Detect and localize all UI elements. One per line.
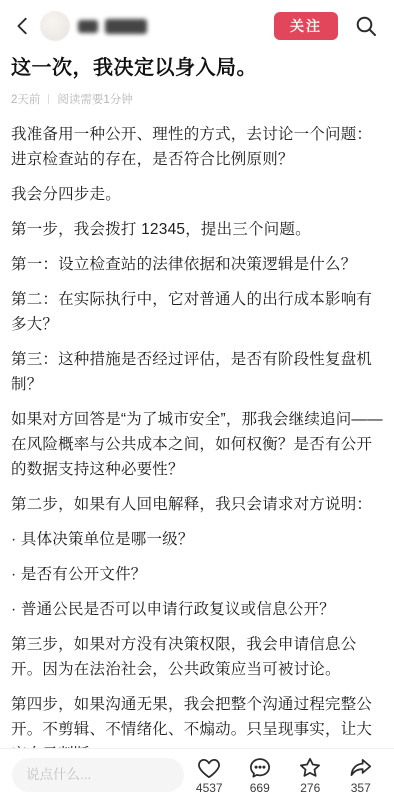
author-name-blurred [78,19,147,34]
like-count: 4537 [196,782,223,795]
collect-button[interactable]: 276 [288,755,332,795]
paragraph: 第三：这种措施是否经过评估，是否有阶段性复盘机制？ [11,347,383,397]
heart-icon [196,755,222,781]
action-bar: 4537 669 276 [184,755,386,795]
meta-divider [48,94,49,104]
paragraph: 第三步，如果对方没有决策权限，我会申请信息公开。因为在法治社会，公共政策应当可被… [11,632,383,682]
paragraph: 第一步，我会拨打 12345，提出三个问题。 [11,217,383,242]
paragraph: 第一：设立检查站的法律依据和决策逻辑是什么？ [11,252,383,277]
paragraph: 第二步，如果有人回电解释，我只会请求对方说明： [11,492,383,517]
share-icon [348,755,374,781]
like-button[interactable]: 4537 [187,755,231,795]
paragraph: 我会分四步走。 [11,182,383,207]
share-button[interactable]: 357 [339,755,383,795]
app-screen: 关注 这一次，我决定以身入局。 2天前 阅读需要1分钟 我准备用一种公开、理性的… [0,0,394,800]
paragraph: 如果对方回答是“为了城市安全”，那我会继续追问——在风险概率与公共成本之间，如何… [11,407,383,482]
star-icon [297,755,323,781]
back-button[interactable] [8,11,38,41]
comment-input[interactable] [12,758,184,792]
post-body: 我准备用一种公开、理性的方式，去讨论一个问题：进京检查站的存在，是否符合比例原则… [11,122,383,767]
follow-button[interactable]: 关注 [274,12,338,40]
read-time: 阅读需要1分钟 [57,91,132,107]
name-smudge [105,19,147,34]
search-icon[interactable] [352,12,380,40]
author-chip[interactable] [40,11,274,41]
collect-count: 276 [300,782,320,795]
comment-icon [247,755,273,781]
paragraph: 我准备用一种公开、理性的方式，去讨论一个问题：进京检查站的存在，是否符合比例原则… [11,122,383,172]
share-count: 357 [351,782,371,795]
top-bar: 关注 [0,0,394,52]
comment-count: 669 [250,782,270,795]
avatar [40,11,70,41]
paragraph: 第二：在实际执行中，它对普通人的出行成本影响有多大？ [11,287,383,337]
post-time: 2天前 [11,91,40,107]
bullet-item: · 普通公民是否可以申请行政复议或信息公开？ [11,597,383,622]
bullet-item: · 是否有公开文件？ [11,562,383,587]
name-smudge [78,20,98,33]
chevron-left-icon [12,15,34,37]
post-meta: 2天前 阅读需要1分钟 [11,91,383,107]
comment-button[interactable]: 669 [238,755,282,795]
post-content: 这一次，我决定以身入局。 2天前 阅读需要1分钟 我准备用一种公开、理性的方式，… [0,52,394,767]
bullet-item: · 具体决策单位是哪一级？ [11,527,383,552]
bottom-bar: 4537 669 276 [0,748,394,800]
post-title: 这一次，我决定以身入局。 [11,54,383,82]
